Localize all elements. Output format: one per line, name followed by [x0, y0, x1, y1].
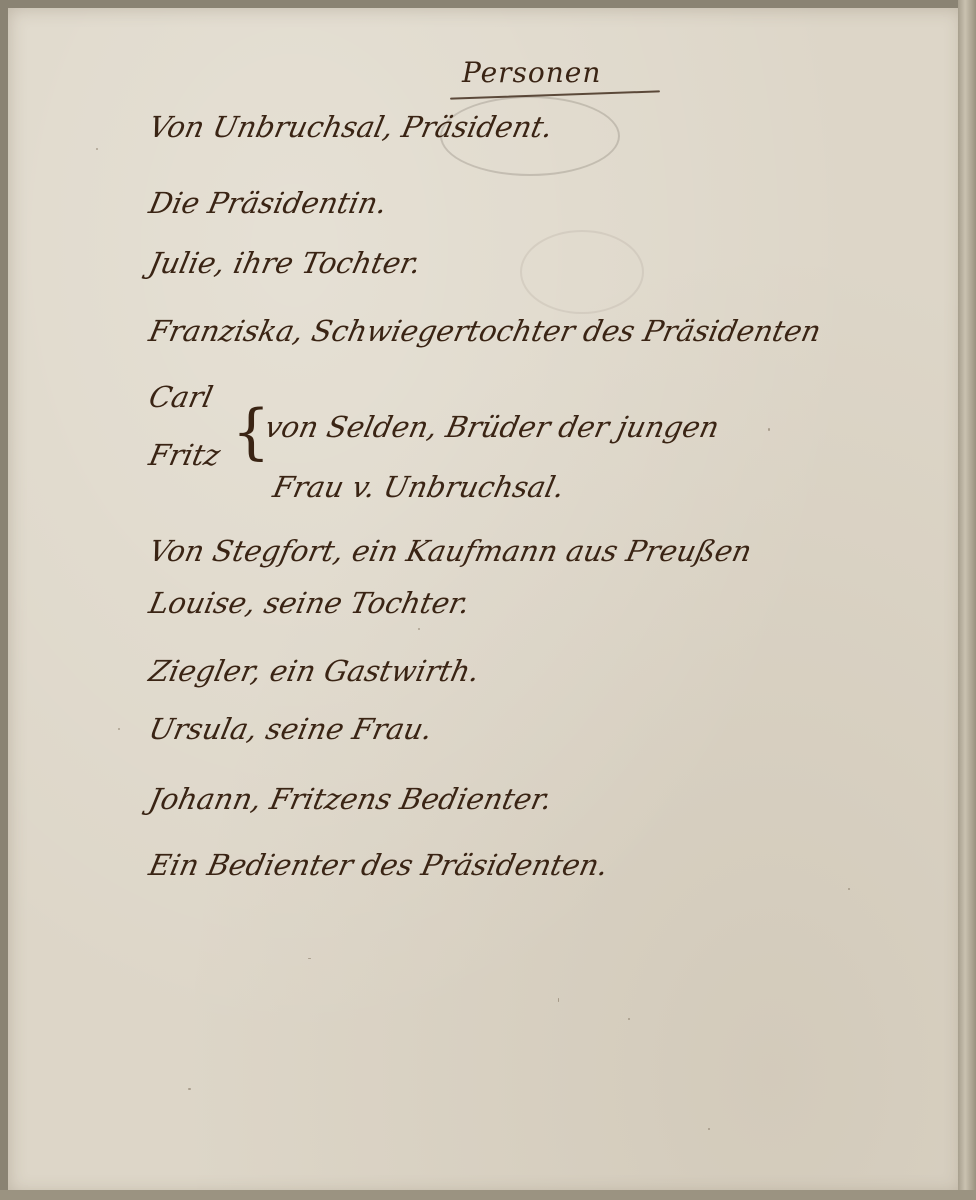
cast-line-2: Die Präsidentin. [146, 186, 390, 220]
paper-fleck [118, 728, 120, 730]
paper-fleck [768, 428, 770, 431]
faint-stamp-offset [520, 230, 644, 314]
cast-line-9: Ziegler, ein Gastwirth. [146, 654, 483, 688]
paper-fleck [558, 998, 559, 1002]
cast-line-brothers: von Selden, Brüder der jungen [262, 410, 722, 444]
cast-line-fritz: Fritz [146, 438, 223, 472]
paper-fleck [848, 888, 850, 890]
cast-line-11: Johann, Fritzens Bedienter. [146, 782, 555, 816]
page-edge-right [958, 0, 976, 1200]
cast-line-1: Von Unbruchsal, Präsident. [146, 110, 556, 144]
paper-fleck [308, 958, 311, 959]
manuscript-scan: Personen Von Unbruchsal, Präsident. Die … [0, 0, 976, 1200]
heading: Personen [462, 56, 601, 89]
cast-line-3: Julie, ihre Tochter. [146, 246, 424, 280]
paper-fleck [418, 628, 420, 630]
paper-fleck [628, 1018, 630, 1020]
cast-line-4: Franziska, Schwiegertochter des Präsiden… [146, 314, 824, 348]
paper-fleck [708, 1128, 710, 1130]
cast-line-brothers-cont: Frau v. Unbruchsal. [270, 470, 568, 504]
cast-line-carl: Carl [146, 380, 216, 414]
cast-line-10: Ursula, seine Frau. [146, 712, 436, 746]
page-edge-bottom [0, 1190, 976, 1200]
cast-line-8: Louise, seine Tochter. [146, 586, 473, 620]
cast-line-12: Ein Bedienter des Präsidenten. [146, 848, 611, 882]
cast-line-7: Von Stegfort, ein Kaufmann aus Preußen [146, 534, 755, 568]
paper-fleck [188, 1088, 191, 1090]
paper-fleck [96, 148, 98, 150]
